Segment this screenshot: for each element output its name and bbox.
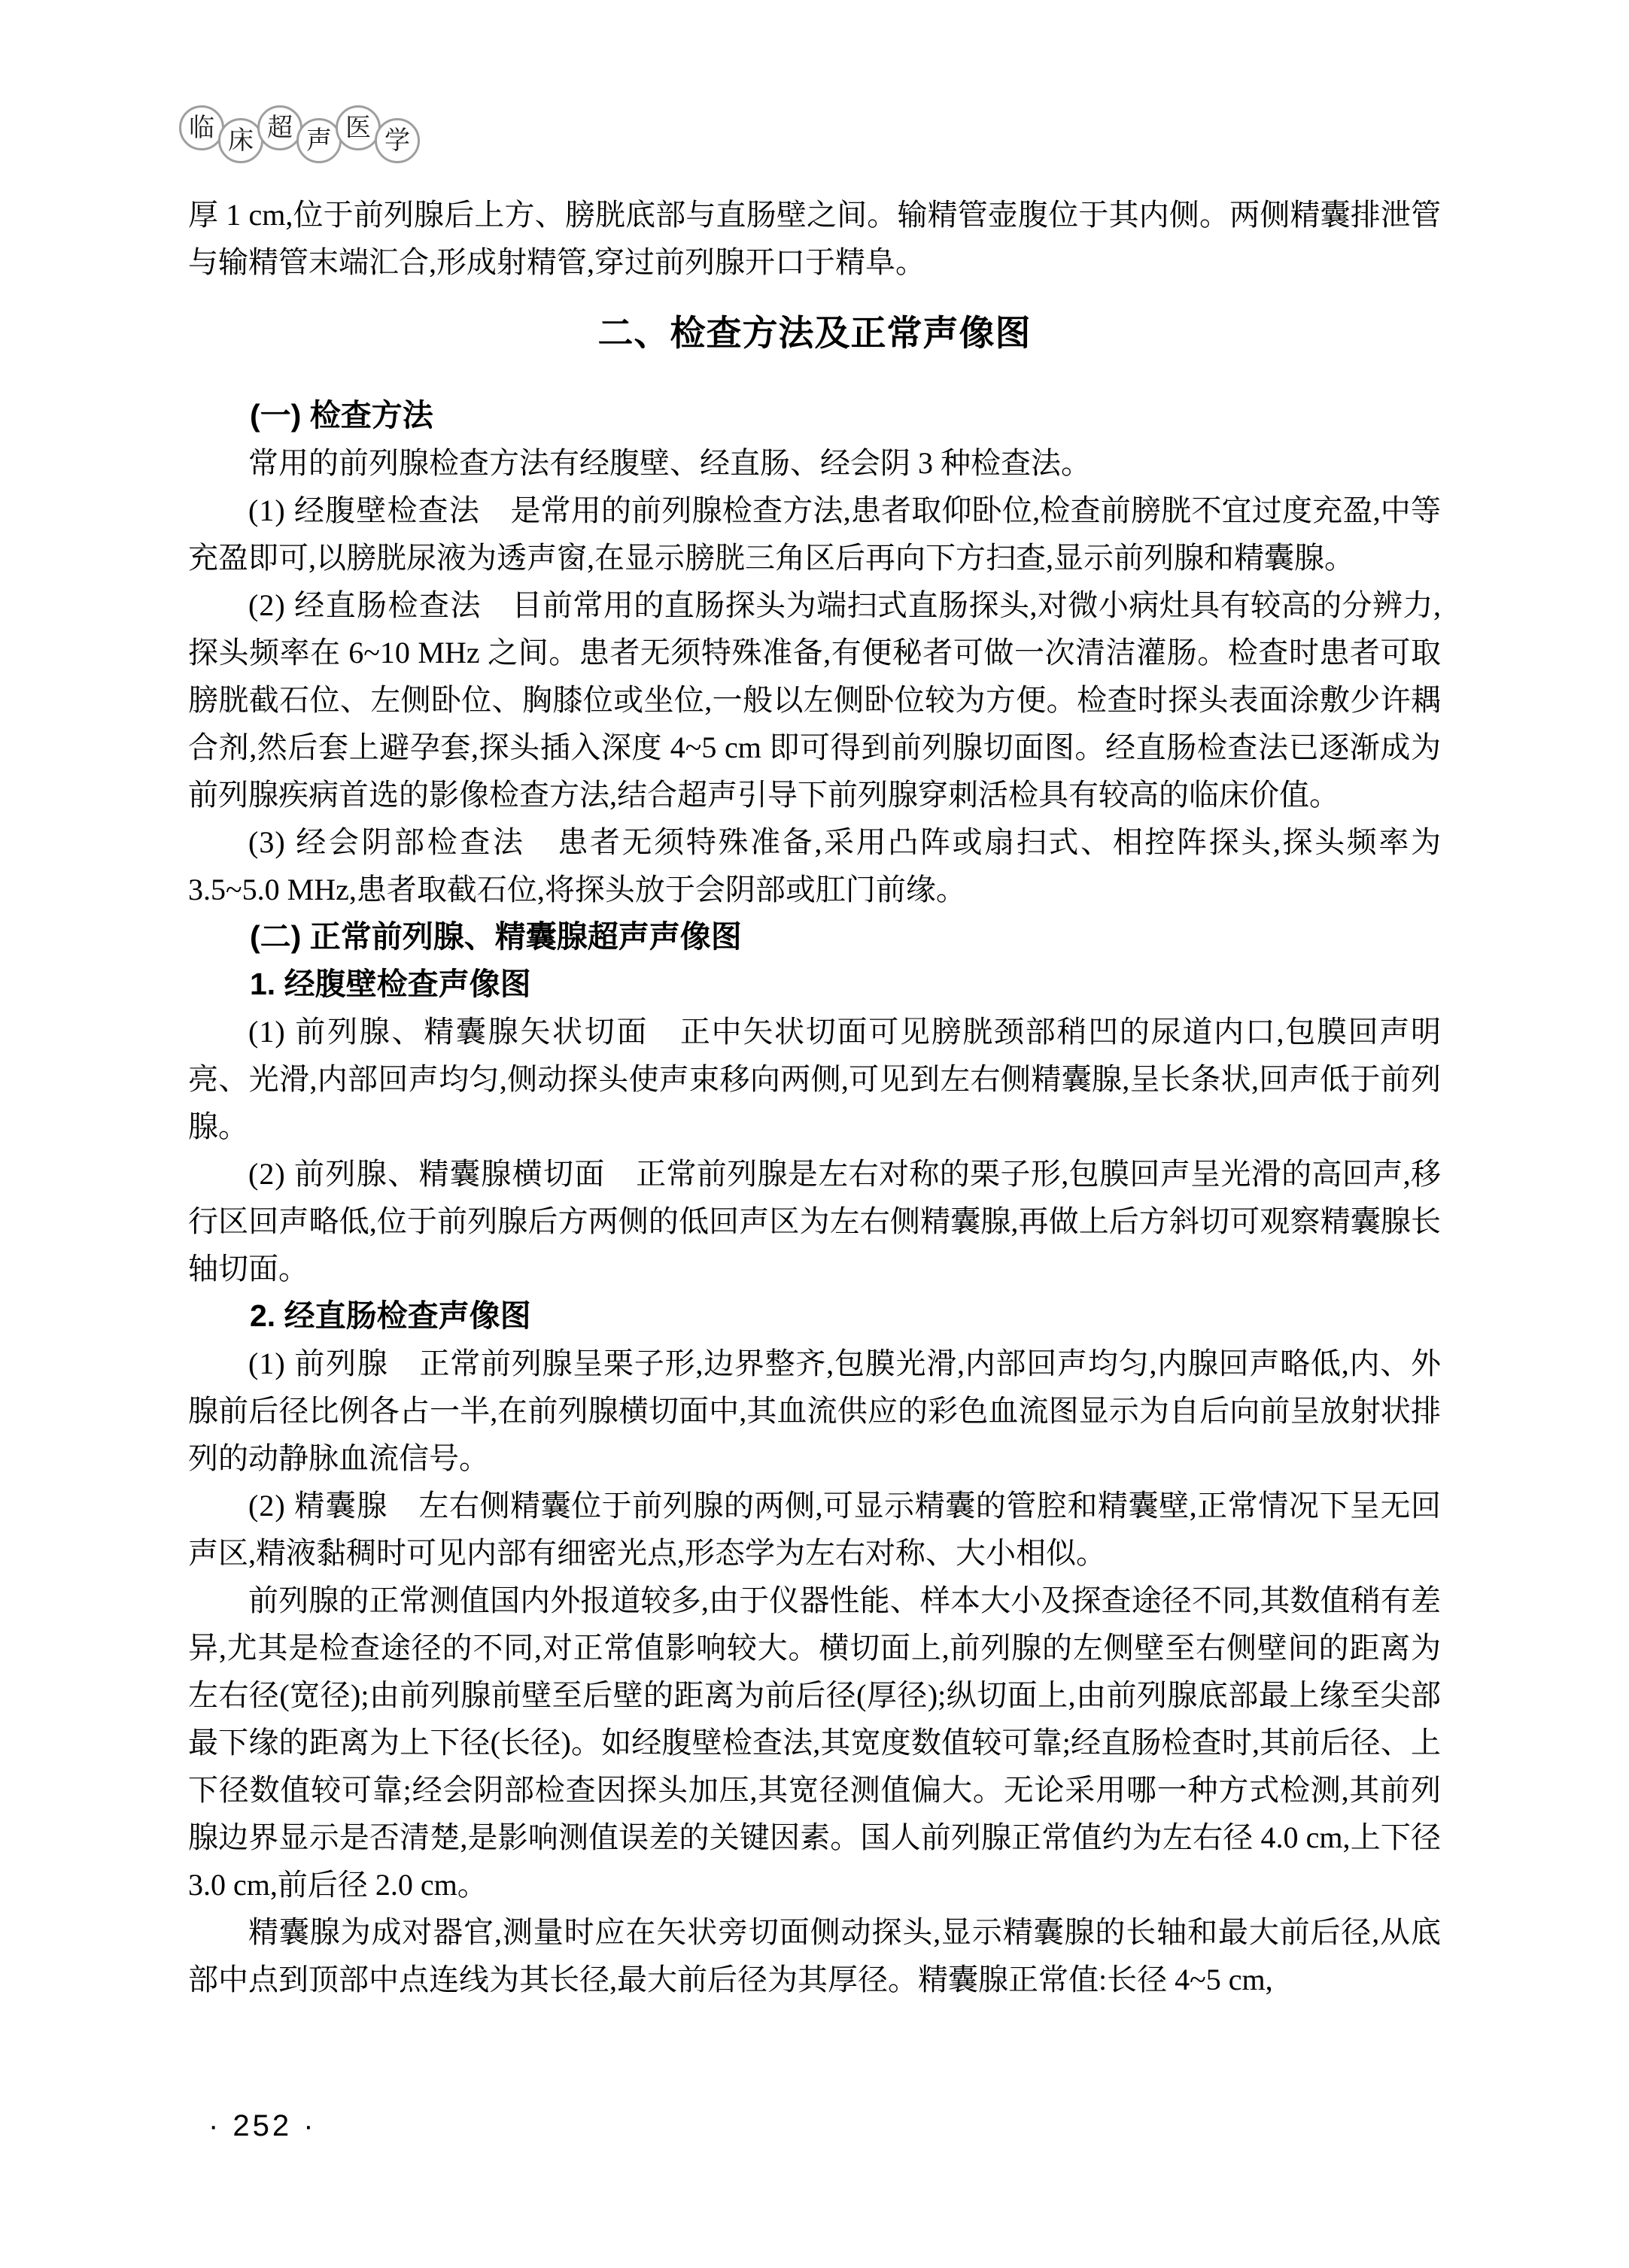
paragraph: 前列腺的正常测值国内外报道较多,由于仪器性能、样本大小及探查途径不同,其数值稍有… <box>188 1577 1441 1908</box>
paragraph: (1) 前列腺、精囊腺矢状切面 正中矢状切面可见膀胱颈部稍凹的尿道内口,包膜回声… <box>188 1008 1441 1150</box>
paragraph: 常用的前列腺检查方法有经腹壁、经直肠、经会阴 3 种检查法。 <box>188 439 1441 487</box>
run-in-item-heading: (2) 精囊腺 <box>248 1489 388 1523</box>
run-in-item-heading: (2) 经直肠检查法 <box>248 588 482 622</box>
section-title: 二、检查方法及正常声像图 <box>188 307 1441 361</box>
paragraph: 精囊腺为成对器官,测量时应在矢状旁切面侧动探头,显示精囊腺的长轴和最大前后径,从… <box>188 1908 1441 2003</box>
paragraph-text: 常用的前列腺检查方法有经腹壁、经直肠、经会阴 3 种检查法。 <box>248 446 1091 480</box>
logo-character-circle: 超 <box>257 105 302 150</box>
paragraph-text: 前列腺的正常测值国内外报道较多,由于仪器性能、样本大小及探查途径不同,其数值稍有… <box>188 1583 1441 1902</box>
sub-heading: 1. 经腹壁检查声像图 <box>188 961 1441 1008</box>
run-in-item-heading: (1) 前列腺 <box>248 1347 389 1380</box>
paragraph: (1) 经腹壁检查法 是常用的前列腺检查方法,患者取仰卧位,检查前膀胱不宜过度充… <box>188 487 1441 581</box>
paragraph-text: 精囊腺为成对器官,测量时应在矢状旁切面侧动探头,显示精囊腺的长轴和最大前后径,从… <box>188 1915 1441 1996</box>
paragraph: (3) 经会阴部检查法 患者无须特殊准备,采用凸阵或扇扫式、相控阵探头,探头频率… <box>188 818 1441 913</box>
paragraph: (2) 前列腺、精囊腺横切面 正常前列腺是左右对称的栗子形,包膜回声呈光滑的高回… <box>188 1150 1441 1292</box>
run-in-item-heading: (3) 经会阴部检查法 <box>248 825 526 859</box>
run-in-item-heading: (1) 前列腺、精囊腺矢状切面 <box>248 1015 649 1049</box>
paragraph-text: 厚 1 cm,位于前列腺后上方、膀胱底部与直肠壁之间。输精管壶腹位于其内侧。两侧… <box>188 198 1441 279</box>
paragraph: 厚 1 cm,位于前列腺后上方、膀胱底部与直肠壁之间。输精管壶腹位于其内侧。两侧… <box>188 191 1441 286</box>
sub-heading: (二) 正常前列腺、精囊腺超声声像图 <box>188 913 1441 961</box>
logo-character-circle: 声 <box>296 118 342 163</box>
logo-character-circle: 学 <box>375 118 420 163</box>
paragraph: (2) 精囊腺 左右侧精囊位于前列腺的两侧,可显示精囊的管腔和精囊壁,正常情况下… <box>188 1482 1441 1577</box>
page-content: 厚 1 cm,位于前列腺后上方、膀胱底部与直肠壁之间。输精管壶腹位于其内侧。两侧… <box>188 191 1441 2003</box>
logo-character-circle: 临 <box>179 105 224 150</box>
sub-heading: (一) 检查方法 <box>188 392 1441 439</box>
page-number: · 252 · <box>208 2109 317 2143</box>
book-page: 临床超声医学 厚 1 cm,位于前列腺后上方、膀胱底部与直肠壁之间。输精管壶腹位… <box>0 0 1629 2268</box>
paragraph: (1) 前列腺 正常前列腺呈栗子形,边界整齐,包膜光滑,内部回声均匀,内腺回声略… <box>188 1340 1441 1482</box>
sub-heading: 2. 经直肠检查声像图 <box>188 1292 1441 1340</box>
run-in-item-heading: (1) 经腹壁检查法 <box>248 493 480 527</box>
book-logo: 临床超声医学 <box>179 105 420 163</box>
run-in-item-heading: (2) 前列腺、精囊腺横切面 <box>248 1157 606 1191</box>
logo-character-circle: 床 <box>218 118 263 163</box>
paragraph: (2) 经直肠检查法 目前常用的直肠探头为端扫式直肠探头,对微小病灶具有较高的分… <box>188 581 1441 818</box>
logo-character-circle: 医 <box>336 105 381 150</box>
